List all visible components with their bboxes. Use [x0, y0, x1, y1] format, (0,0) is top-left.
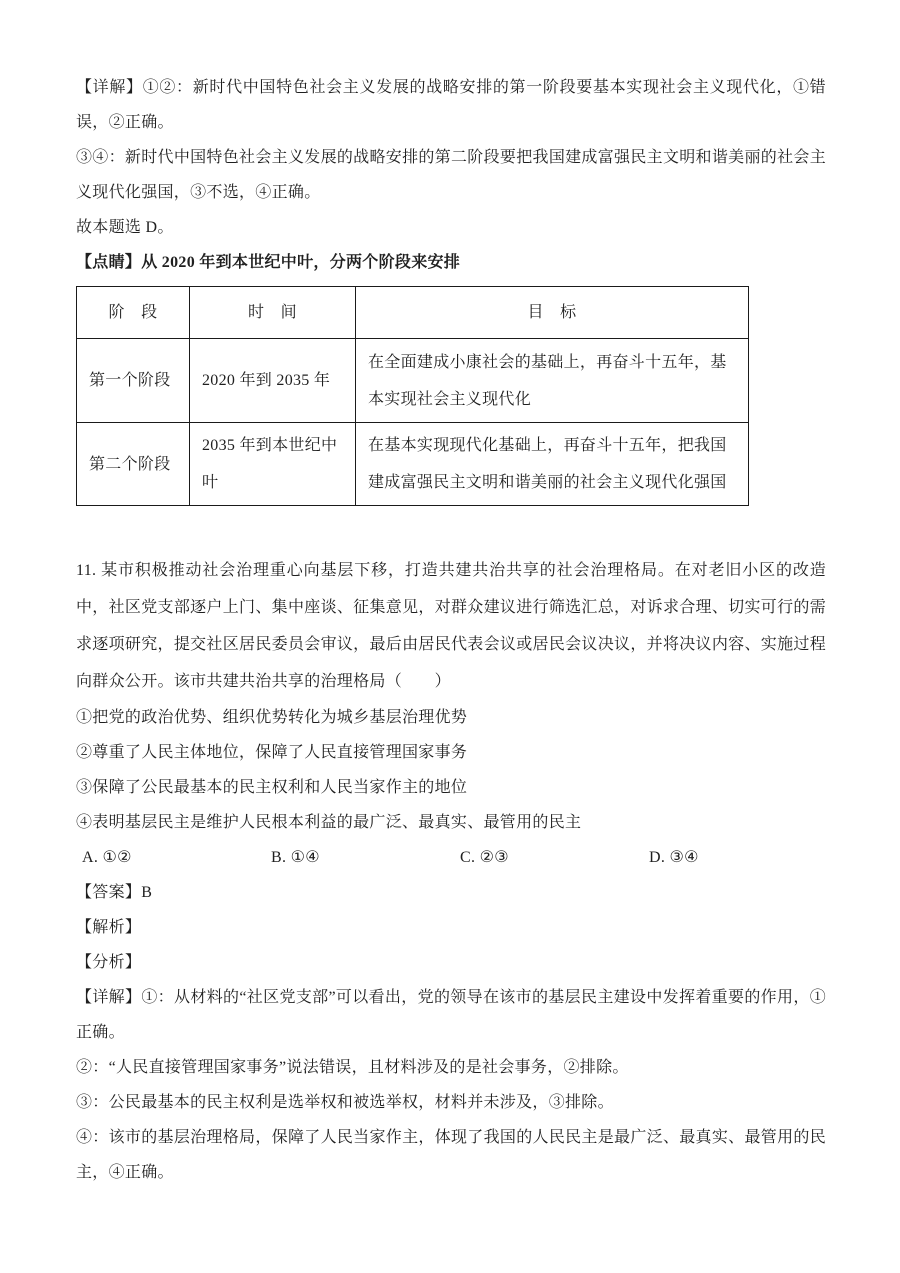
q11-detail-paragraph-4: ④：该市的基层治理格局，保障了人民当家作主，体现了我国的人民民主是最广泛、最真实…: [76, 1120, 826, 1190]
q11-jiexi-label: 【解析】: [76, 910, 826, 945]
table-header-goal: 目 标: [356, 287, 749, 339]
q10-detail-paragraph-1: 【详解】①②：新时代中国特色社会主义发展的战略安排的第一阶段要基本实现社会主义现…: [76, 70, 826, 140]
q11-statement-3: ③保障了公民最基本的民主权利和人民当家作主的地位: [76, 770, 826, 805]
document-page: 【详解】①②：新时代中国特色社会主义发展的战略安排的第一阶段要基本实现社会主义现…: [0, 0, 900, 1273]
q11-option-b: B. ①④: [271, 840, 460, 875]
q11-stem: 11. 某市积极推动社会治理重心向基层下移，打造共建共治共享的社会治理格局。在对…: [76, 552, 826, 700]
table-row: 第一个阶段 2020 年到 2035 年 在全面建成小康社会的基础上，再奋斗十五…: [77, 339, 749, 423]
table-row: 第二个阶段 2035 年到本世纪中叶 在基本实现现代化基础上，再奋斗十五年，把我…: [77, 423, 749, 506]
q11-option-c: C. ②③: [460, 840, 649, 875]
q11-fenxi-label: 【分析】: [76, 945, 826, 980]
table-cell-goal-2: 在基本实现现代化基础上，再奋斗十五年，把我国建成富强民主文明和谐美丽的社会主义现…: [356, 423, 749, 506]
q11-statement-2: ②尊重了人民主体地位，保障了人民直接管理国家事务: [76, 735, 826, 770]
table-header-row: 阶 段 时 间 目 标: [77, 287, 749, 339]
q10-detail-paragraph-2: ③④：新时代中国特色社会主义发展的战略安排的第二阶段要把我国建成富强民主文明和谐…: [76, 140, 826, 210]
table-cell-goal-1: 在全面建成小康社会的基础上，再奋斗十五年，基本实现社会主义现代化: [356, 339, 749, 423]
q11-option-a: A. ①②: [82, 840, 271, 875]
q11-statement-1: ①把党的政治优势、组织优势转化为城乡基层治理优势: [76, 700, 826, 735]
q10-tip-title: 【点睛】从 2020 年到本世纪中叶，分两个阶段来安排: [76, 245, 826, 280]
q11-option-d: D. ③④: [649, 840, 699, 875]
table-cell-stage-2: 第二个阶段: [77, 423, 190, 506]
q11-detail-paragraph-3: ③：公民最基本的民主权利是选举权和被选举权，材料并未涉及，③排除。: [76, 1085, 826, 1120]
q11-statement-4: ④表明基层民主是维护人民根本利益的最广泛、最真实、最管用的民主: [76, 805, 826, 840]
table-header-time: 时 间: [190, 287, 356, 339]
q11-answer: 【答案】B: [76, 875, 826, 910]
q11-detail-paragraph-1: 【详解】①：从材料的“社区党支部”可以看出，党的领导在该市的基层民主建设中发挥着…: [76, 980, 826, 1050]
q10-conclusion: 故本题选 D。: [76, 210, 826, 245]
q11-options-row: A. ①② B. ①④ C. ②③ D. ③④: [76, 840, 826, 875]
table-cell-stage-1: 第一个阶段: [77, 339, 190, 423]
table-header-stage: 阶 段: [77, 287, 190, 339]
stages-table: 阶 段 时 间 目 标 第一个阶段 2020 年到 2035 年 在全面建成小康…: [76, 286, 749, 506]
q11-detail-paragraph-2: ②：“人民直接管理国家事务”说法错误，且材料涉及的是社会事务，②排除。: [76, 1050, 826, 1085]
table-cell-time-1: 2020 年到 2035 年: [190, 339, 356, 423]
table-cell-time-2: 2035 年到本世纪中叶: [190, 423, 356, 506]
